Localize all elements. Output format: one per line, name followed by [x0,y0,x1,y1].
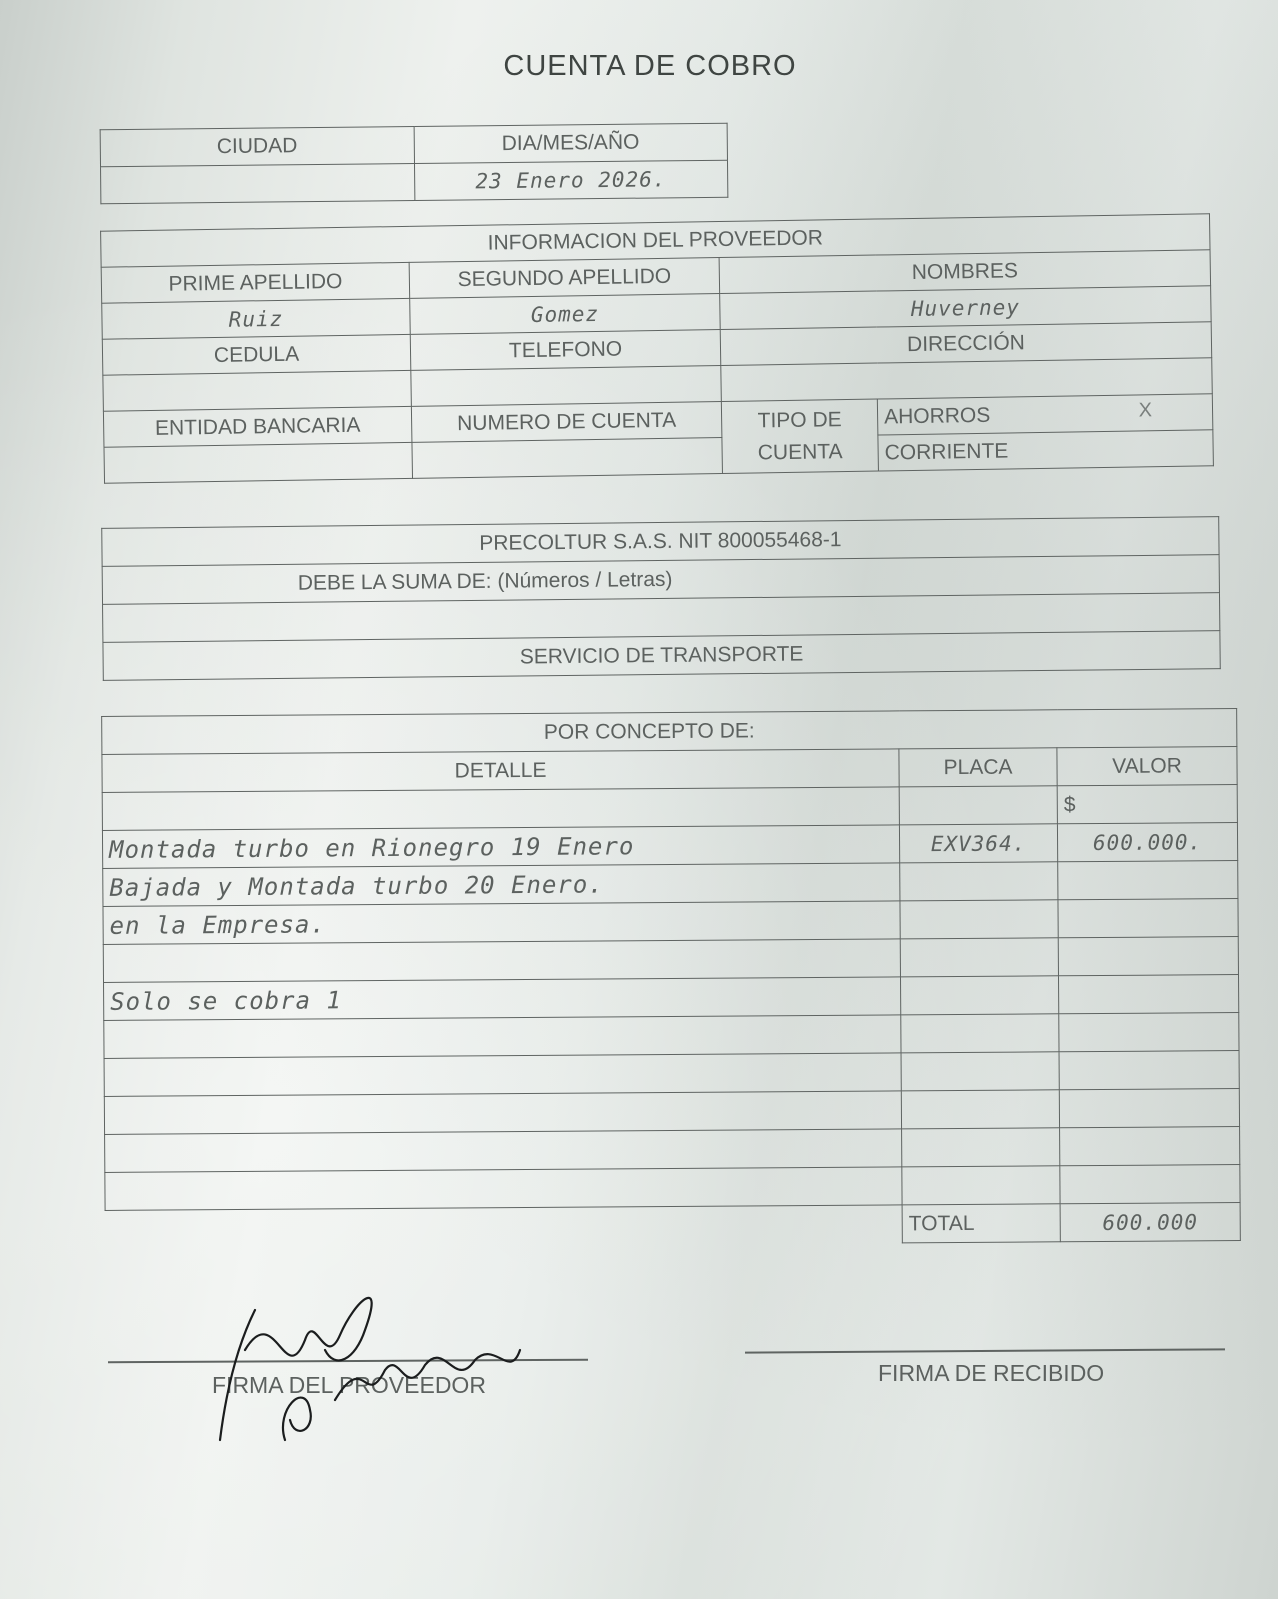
concept-table: POR CONCEPTO DE: DETALLE PLACA VALOR $ M… [101,708,1241,1249]
ahorros-option[interactable]: AHORROS X [877,394,1213,435]
row-detalle-cell[interactable] [104,1091,901,1135]
row-detalle-cell[interactable] [105,1167,902,1211]
tipo-cuenta-label-line2: CUENTA [722,439,877,465]
cedula-field[interactable] [103,370,412,411]
row-valor-cell[interactable] [1058,899,1238,938]
row-placa-cell[interactable] [901,1014,1059,1053]
spacer-cell [102,787,899,831]
tipo-cuenta-label: TIPO DE CUENTA [721,399,878,473]
row-detalle-cell[interactable] [105,1129,902,1173]
row-detalle-cell[interactable] [104,1053,901,1097]
row-valor-cell[interactable] [1060,1127,1240,1166]
column-header-detalle: DETALLE [102,749,899,793]
row-valor-cell[interactable]: 600.000. [1057,823,1237,862]
ciudad-field[interactable] [101,164,415,204]
row-valor-cell[interactable] [1058,861,1238,900]
telefono-field[interactable] [411,366,722,407]
row-placa-cell[interactable]: EXV364. [899,824,1057,863]
entidad-bancaria-label: ENTIDAD BANCARIA [103,406,412,447]
receipt-signature-label: FIRMA DE RECIBIDO [878,1360,1104,1387]
ahorros-label: AHORROS [884,403,991,428]
fecha-label: DIA/MES/AÑO [414,123,728,163]
spacer-cell [899,786,1057,825]
row-detalle-cell[interactable]: Solo se cobra 1 [104,977,901,1021]
row-placa-cell[interactable] [900,900,1058,939]
ciudad-label: CIUDAD [100,127,414,167]
corriente-label: CORRIENTE [884,439,1008,464]
row-valor-cell[interactable] [1059,1051,1239,1090]
column-header-valor: VALOR [1057,747,1237,786]
row-placa-cell[interactable] [902,1128,1060,1167]
provider-info-table: INFORMACION DEL PROVEEDOR PRIME APELLIDO… [100,213,1214,483]
segundo-apellido-field[interactable]: Gomez [410,294,721,335]
debtor-table: PRECOLTUR S.A.S. NIT 800055468-1 DEBE LA… [101,516,1221,681]
ahorros-checkmark: X [1139,399,1153,422]
row-valor-cell[interactable] [1059,1089,1239,1128]
numero-cuenta-field[interactable] [412,437,723,478]
entidad-bancaria-field[interactable] [104,442,413,483]
row-valor-cell[interactable] [1058,937,1238,976]
cedula-label: CEDULA [102,334,411,375]
tipo-cuenta-label-line1: TIPO DE [722,407,877,433]
telefono-label: TELEFONO [410,330,721,371]
total-label: TOTAL [902,1204,1060,1243]
row-placa-cell[interactable] [902,1166,1060,1205]
row-placa-cell[interactable] [900,938,1058,977]
corriente-option[interactable]: CORRIENTE [878,430,1214,471]
row-detalle-cell[interactable] [103,939,900,983]
primer-apellido-field[interactable]: Ruiz [102,298,411,339]
row-valor-cell[interactable] [1058,975,1238,1014]
currency-symbol: $ [1057,785,1237,824]
segundo-apellido-label: SEGUNDO APELLIDO [409,258,720,299]
row-detalle-cell[interactable] [104,1015,901,1059]
row-valor-cell[interactable] [1060,1165,1240,1204]
row-detalle-cell[interactable]: Bajada y Montada turbo 20 Enero. [103,863,900,907]
concept-rows: Montada turbo en Rionegro 19 EneroEXV364… [102,823,1240,1211]
date-city-table: CIUDAD DIA/MES/AÑO 23 Enero 2026. [100,123,729,205]
row-detalle-cell[interactable]: en la Empresa. [103,901,900,945]
row-detalle-cell[interactable]: Montada turbo en Rionegro 19 Enero [102,825,899,869]
signature-scribble-icon [215,1280,535,1450]
row-placa-cell[interactable] [901,1090,1059,1129]
numero-cuenta-label: NUMERO DE CUENTA [411,401,722,442]
receipt-signature-line [745,1348,1225,1353]
total-spacer [105,1205,902,1249]
primer-apellido-label: PRIME APELLIDO [101,262,410,303]
row-placa-cell[interactable] [901,1052,1059,1091]
row-valor-cell[interactable] [1059,1013,1239,1052]
column-header-placa: PLACA [899,748,1057,787]
document-title: CUENTA DE COBRO [0,50,1278,83]
fecha-field[interactable]: 23 Enero 2026. [414,160,728,200]
row-placa-cell[interactable] [900,862,1058,901]
row-placa-cell[interactable] [900,976,1058,1015]
total-value[interactable]: 600.000 [1060,1203,1240,1242]
